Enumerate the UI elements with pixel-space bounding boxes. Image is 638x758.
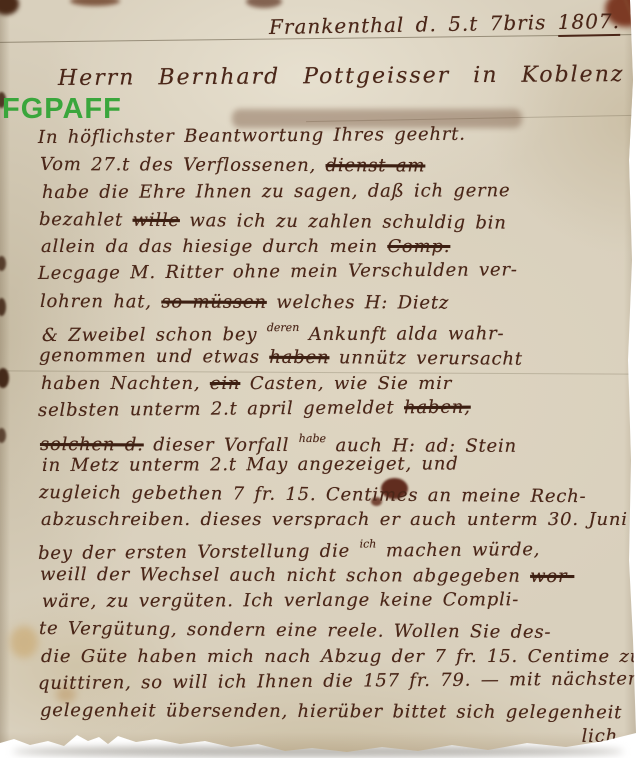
struck-out-text: Comp. bbox=[387, 236, 450, 257]
handwriting-text: genommen und etwas bbox=[39, 345, 269, 368]
watermark-text: FGPAFF bbox=[2, 95, 122, 124]
stain-top-edge-1 bbox=[70, 0, 120, 6]
handwriting-text: In höflichster Beantwortung Ihres geehrt… bbox=[38, 124, 466, 148]
handwriting-text: Frankenthal d. 5.t 7bris bbox=[269, 10, 558, 39]
handwriting-text: abzuschreiben. dieses versprach er auch … bbox=[41, 509, 628, 530]
struck-out-text: dienst am bbox=[326, 155, 426, 176]
handwriting-text: lohren hat, bbox=[40, 291, 161, 312]
stain-top-edge-2 bbox=[246, 0, 282, 8]
handwriting-text: Vom 27.t des Verflossenen, bbox=[40, 154, 326, 176]
handwriting-text: habe bbox=[299, 432, 326, 445]
handwriting-text: bezahlet bbox=[39, 209, 133, 231]
yellow-stain-lower-left bbox=[10, 626, 38, 658]
handwriting-text: allein da das hiesige durch mein bbox=[41, 236, 387, 257]
letter-line-13: in Metz unterm 2.t May angezeiget, und bbox=[42, 449, 632, 479]
struck-out-text: haben bbox=[269, 347, 329, 368]
handwriting-text: zugleich gebethen 7 fr. 15. Centimes an … bbox=[39, 482, 587, 507]
struck-out-text: wille bbox=[132, 210, 180, 231]
handwriting-text: Ankunft alda wahr- bbox=[299, 323, 504, 345]
handwriting-text: welches H: Dietz bbox=[267, 292, 450, 314]
address-line: Herrn Bernhard Pottgeisser in Koblenz bbox=[58, 62, 625, 91]
handwriting-text: lich bbox=[582, 725, 618, 746]
letter-line-11: selbsten unterm 2.t april gemeldet haben… bbox=[38, 392, 632, 424]
dateline: Frankenthal d. 5.t 7bris 1807. bbox=[269, 9, 620, 39]
handwriting-text: Lecgage M. Ritter ohne mein Verschulden … bbox=[38, 260, 518, 285]
letter-scan: FGPAFF Frankenthal d. 5.t 7bris 1807. He… bbox=[0, 0, 638, 758]
handwriting-text: die Güte haben mich nach Abzug der 7 fr.… bbox=[41, 646, 638, 667]
handwriting-text: ich bbox=[360, 538, 377, 551]
struck-out-text: so müssen bbox=[161, 291, 266, 312]
handwriting-text: habe die Ehre Ihnen zu sagen, daß ich ge… bbox=[42, 180, 510, 203]
handwriting-text: te Vergütung, sondern eine reele. Wollen… bbox=[39, 618, 552, 643]
handwriting-text: selbsten unterm 2.t april gemeldet bbox=[38, 397, 404, 421]
letter-paper: FGPAFF Frankenthal d. 5.t 7bris 1807. He… bbox=[0, 0, 638, 758]
handwriting-text: gelegenheit übersenden, hierüber bittet … bbox=[40, 700, 622, 723]
handwriting-text: wäre, zu vergüten. Ich verlange keine Co… bbox=[42, 589, 519, 612]
handwriting-text: was ich zu zahlen schuldig bin bbox=[180, 210, 507, 234]
handwriting-text: unnütz verursacht bbox=[329, 348, 523, 370]
struck-out-text: haben, bbox=[404, 397, 471, 419]
stain-top-left-corner bbox=[0, 0, 19, 15]
handwriting-text: deren bbox=[267, 321, 299, 334]
handwriting-text: haben Nachten, bbox=[41, 373, 210, 394]
handwriting-text: in Metz unterm 2.t May angezeiget, und bbox=[42, 453, 459, 476]
letter-line-21: quittiren, so will ich Ihnen die 157 fr.… bbox=[38, 665, 632, 697]
struck-out-text: ein bbox=[210, 373, 240, 394]
letter-line-6: Lecgage M. Ritter ohne mein Verschulden … bbox=[38, 256, 632, 288]
handwriting-text: 1807. bbox=[558, 9, 621, 37]
struck-out-text: wor- bbox=[530, 566, 574, 587]
handwriting-text: machen würde, bbox=[376, 540, 540, 562]
letter-line-18: wäre, zu vergüten. Ich verlange keine Co… bbox=[42, 586, 632, 616]
letter-line-16: bey der ersten Vorstellung die ich mache… bbox=[38, 529, 632, 561]
letter-body: In höflichster Beantwortung Ihres geehrt… bbox=[38, 124, 632, 752]
handwriting-text: quittiren, so will ich Ihnen die 157 fr.… bbox=[38, 668, 637, 694]
handwriting-text: Herrn Bernhard Pottgeisser in Koblenz bbox=[58, 62, 625, 91]
handwriting-text: Casten, wie Sie mir bbox=[240, 373, 452, 394]
handwriting-text: weill der Wechsel auch nicht schon abgeg… bbox=[40, 564, 530, 587]
letter-line-8: & Zweibel schon bey deren Ankunft alda w… bbox=[42, 313, 632, 343]
letter-line-1: In höflichster Beantwortung Ihres geehrt… bbox=[38, 119, 632, 151]
letter-line-3: habe die Ehre Ihnen zu sagen, daß ich ge… bbox=[42, 176, 632, 206]
